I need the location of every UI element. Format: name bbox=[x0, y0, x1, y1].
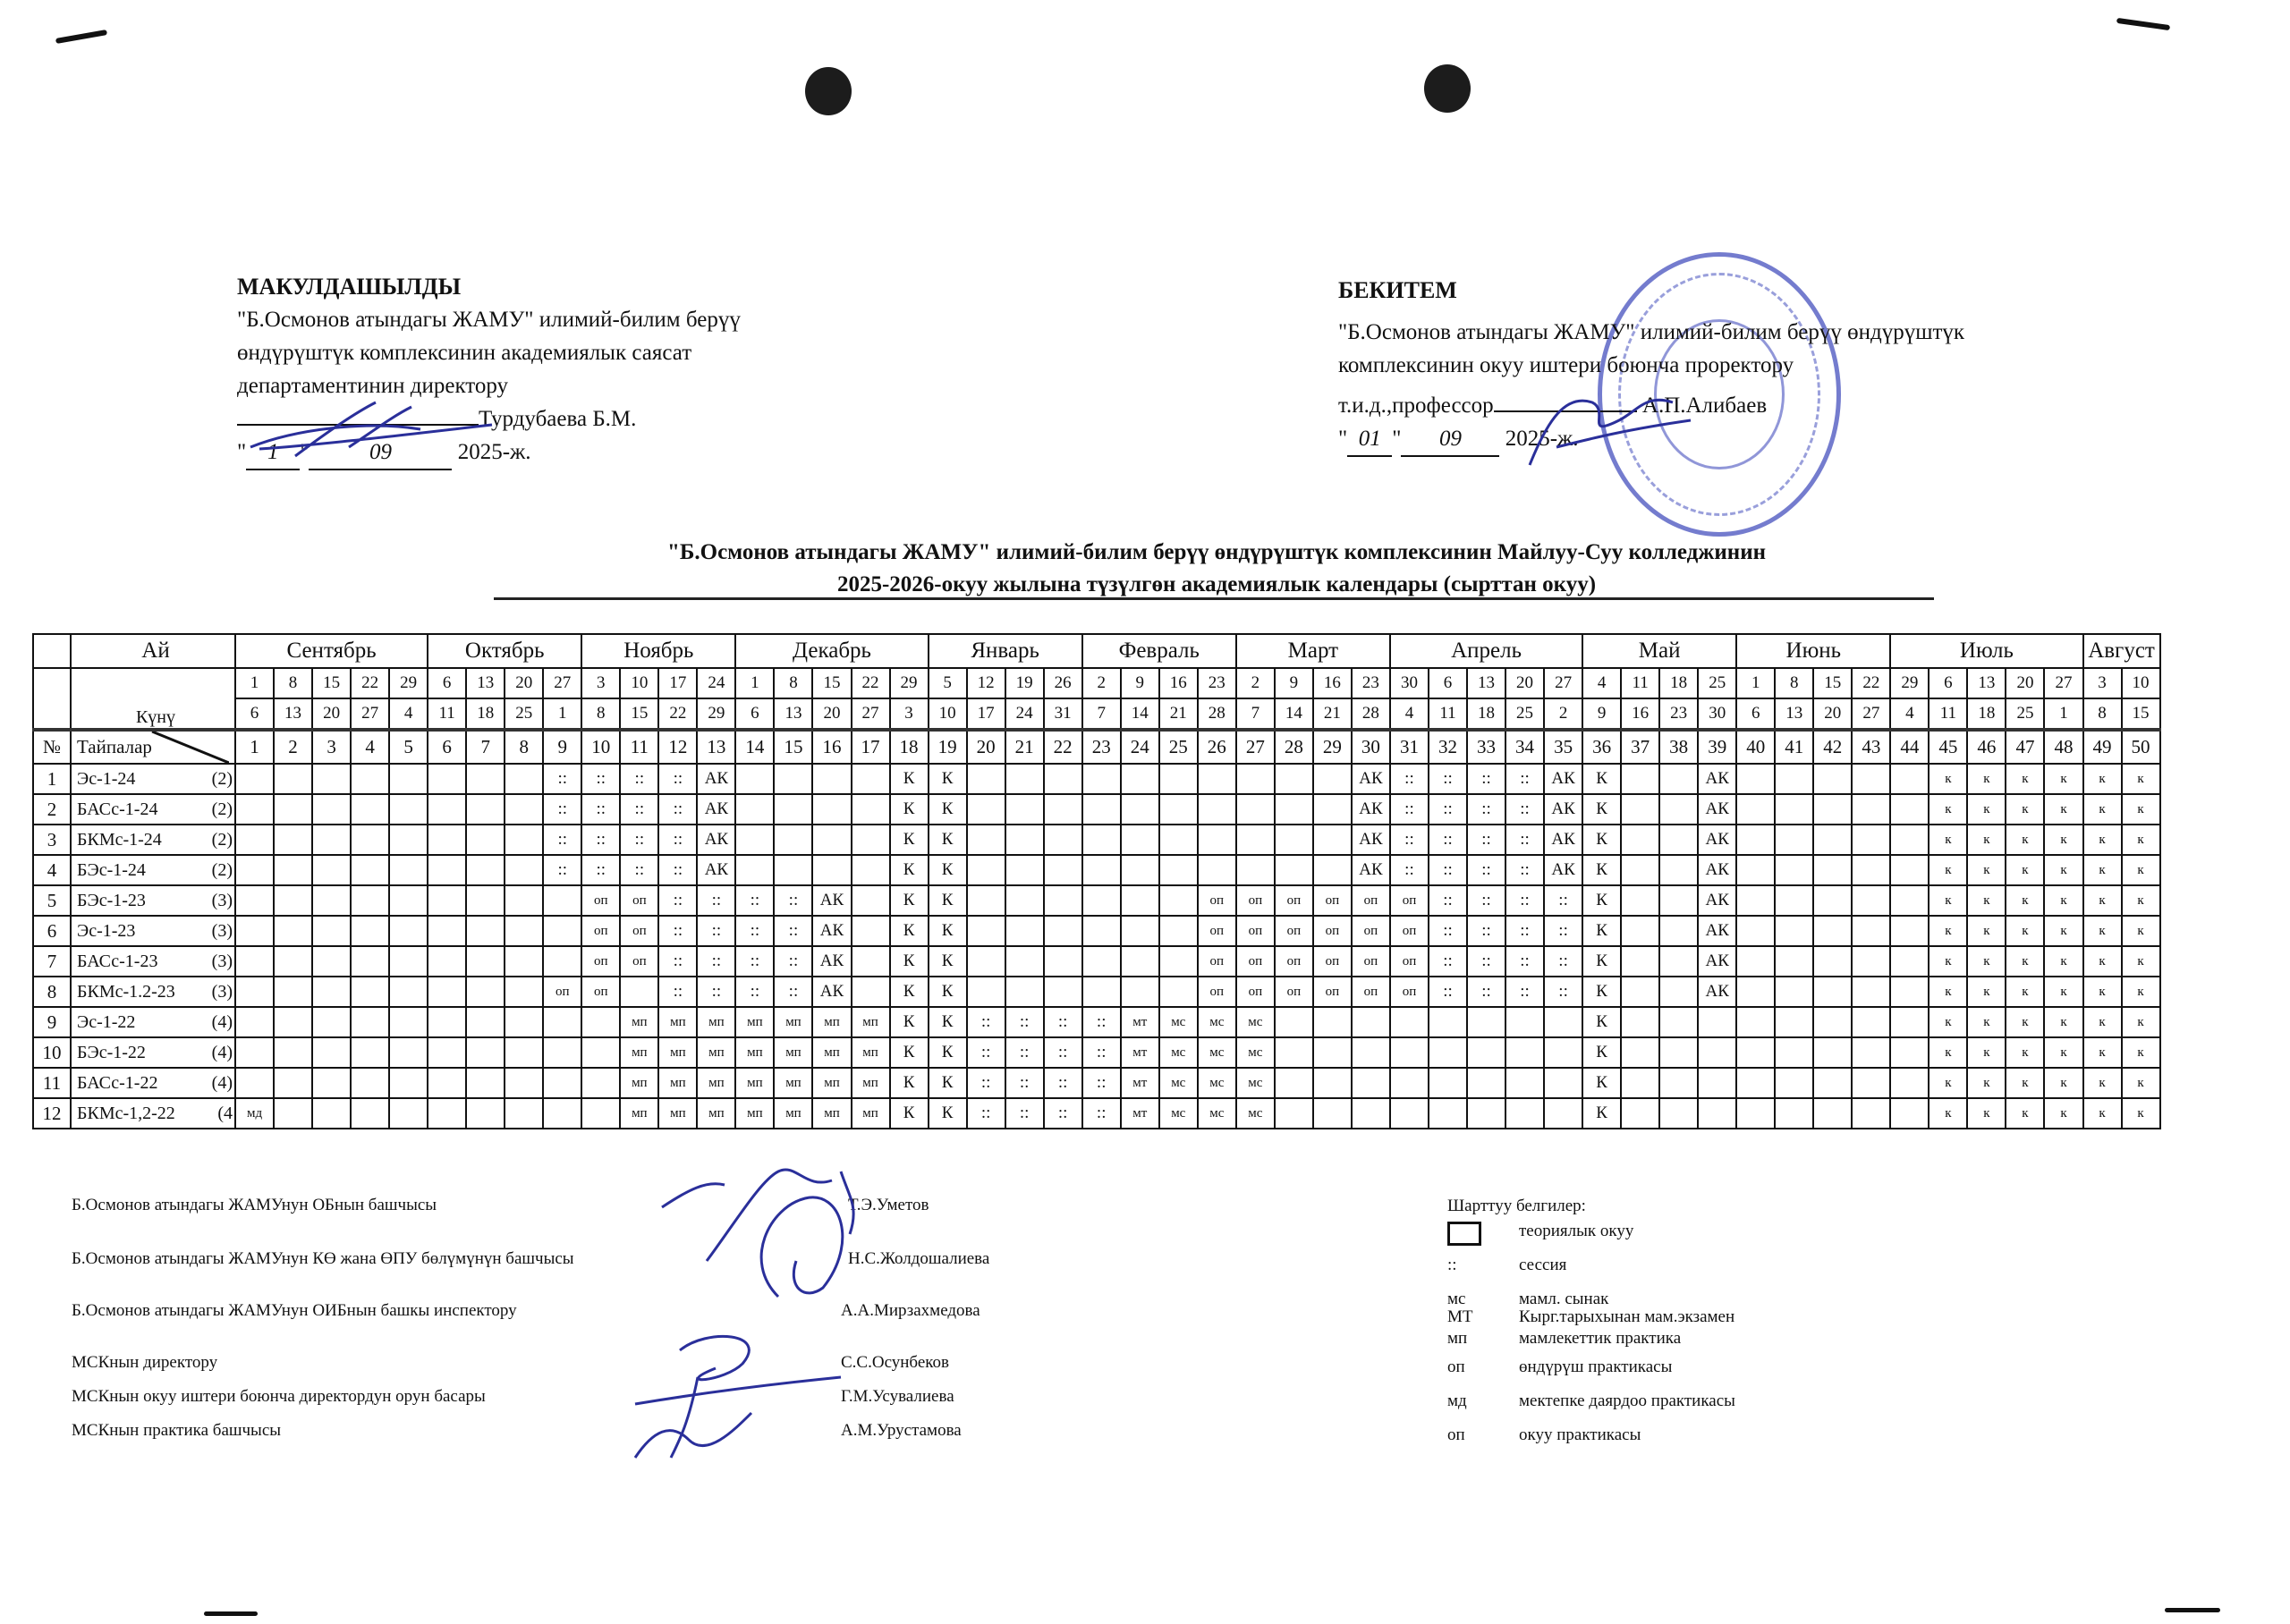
schedule-cell bbox=[1890, 946, 1929, 977]
schedule-cell bbox=[1082, 916, 1121, 946]
schedule-cell: :: bbox=[1544, 977, 1582, 1007]
week-number: 48 bbox=[2044, 730, 2082, 764]
schedule-cell bbox=[1852, 1037, 1890, 1068]
week-start-day: 5 bbox=[929, 668, 967, 698]
week-end-day: 28 bbox=[1352, 698, 1390, 730]
schedule-cell: оп bbox=[581, 946, 620, 977]
schedule-cell bbox=[1159, 794, 1198, 825]
schedule-cell: к bbox=[2006, 1007, 2044, 1037]
schedule-cell bbox=[1736, 1037, 1775, 1068]
week-end-day: 10 bbox=[929, 698, 967, 730]
schedule-cell: :: bbox=[735, 885, 774, 916]
schedule-cell bbox=[735, 855, 774, 885]
schedule-cell bbox=[466, 1098, 505, 1129]
schedule-cell: к bbox=[2122, 794, 2160, 825]
schedule-cell: к bbox=[2122, 1007, 2160, 1037]
signatory-name: Г.М.Усувалиева bbox=[841, 1388, 954, 1406]
schedule-cell bbox=[1659, 1068, 1698, 1098]
schedule-cell bbox=[774, 825, 812, 855]
group-name: БАСс-1-23 bbox=[77, 952, 157, 971]
schedule-cell bbox=[1659, 855, 1698, 885]
week-start-day: 9 bbox=[1275, 668, 1313, 698]
week-start-day: 22 bbox=[852, 668, 890, 698]
schedule-cell bbox=[1313, 794, 1352, 825]
schedule-cell bbox=[428, 1098, 466, 1129]
schedule-cell bbox=[351, 977, 389, 1007]
week-start-day: 29 bbox=[890, 668, 929, 698]
schedule-cell: :: bbox=[543, 764, 581, 794]
schedule-cell bbox=[1236, 825, 1275, 855]
schedule-cell bbox=[1621, 825, 1659, 855]
schedule-cell: оп bbox=[1275, 946, 1313, 977]
schedule-cell bbox=[274, 977, 312, 1007]
schedule-cell bbox=[1775, 977, 1813, 1007]
schedule-cell bbox=[1005, 825, 1044, 855]
week-start-day: 30 bbox=[1390, 668, 1429, 698]
schedule-cell: :: bbox=[735, 946, 774, 977]
schedule-cell bbox=[1429, 1037, 1467, 1068]
schedule-cell bbox=[812, 794, 851, 825]
schedule-cell: оп bbox=[1275, 885, 1313, 916]
schedule-cell: мс bbox=[1198, 1068, 1236, 1098]
schedule-cell: К bbox=[1582, 1037, 1621, 1068]
schedule-cell: К bbox=[890, 1037, 929, 1068]
week-start-day: 29 bbox=[1890, 668, 1929, 698]
schedule-cell bbox=[351, 1007, 389, 1037]
schedule-cell: К bbox=[890, 977, 929, 1007]
schedule-cell: :: bbox=[1429, 825, 1467, 855]
schedule-cell: :: bbox=[697, 885, 735, 916]
schedule-cell bbox=[1044, 794, 1082, 825]
schedule-cell bbox=[812, 764, 851, 794]
schedule-cell bbox=[466, 1037, 505, 1068]
week-end-day: 4 bbox=[1390, 698, 1429, 730]
schedule-cell bbox=[428, 885, 466, 916]
schedule-cell bbox=[274, 764, 312, 794]
week-number: 9 bbox=[543, 730, 581, 764]
week-start-day: 13 bbox=[1967, 668, 2006, 698]
schedule-cell bbox=[1813, 946, 1852, 977]
schedule-cell: мп bbox=[812, 1068, 851, 1098]
group-course: (3) bbox=[212, 921, 234, 942]
schedule-cell bbox=[1005, 977, 1044, 1007]
schedule-cell bbox=[466, 825, 505, 855]
schedule-cell bbox=[1813, 825, 1852, 855]
schedule-cell: К bbox=[1582, 794, 1621, 825]
week-number: 33 bbox=[1467, 730, 1505, 764]
week-number: 40 bbox=[1736, 730, 1775, 764]
group-name: Эс-1-24 bbox=[77, 769, 135, 789]
week-start-day: 25 bbox=[1698, 668, 1736, 698]
week-end-day: 8 bbox=[2083, 698, 2122, 730]
row-number: 7 bbox=[33, 946, 71, 977]
week-number: 14 bbox=[735, 730, 774, 764]
group-course: (2) bbox=[212, 830, 234, 850]
schedule-cell: К bbox=[929, 794, 967, 825]
schedule-cell bbox=[505, 825, 543, 855]
schedule-cell bbox=[581, 1068, 620, 1098]
schedule-cell: :: bbox=[620, 794, 658, 825]
week-start-day: 11 bbox=[1621, 668, 1659, 698]
schedule-cell bbox=[235, 946, 274, 977]
schedule-cell: к bbox=[2122, 855, 2160, 885]
schedule-cell: :: bbox=[1505, 885, 1544, 916]
schedule-cell: :: bbox=[581, 855, 620, 885]
schedule-cell bbox=[428, 1037, 466, 1068]
schedule-cell: :: bbox=[967, 1037, 1005, 1068]
schedule-cell: оп bbox=[1275, 916, 1313, 946]
group-course: (3) bbox=[212, 891, 234, 911]
schedule-cell: к bbox=[1929, 1098, 1967, 1129]
schedule-cell bbox=[1813, 916, 1852, 946]
group-name: Эс-1-23 bbox=[77, 921, 135, 941]
schedule-cell bbox=[1390, 1037, 1429, 1068]
schedule-cell: к bbox=[1967, 885, 2006, 916]
month-header: Февраль bbox=[1082, 634, 1236, 668]
schedule-cell bbox=[505, 977, 543, 1007]
schedule-cell bbox=[852, 946, 890, 977]
schedule-cell bbox=[235, 855, 274, 885]
schedule-cell: К bbox=[890, 1068, 929, 1098]
schedule-cell bbox=[505, 1007, 543, 1037]
row-number: 8 bbox=[33, 977, 71, 1007]
schedule-cell: к bbox=[1967, 1068, 2006, 1098]
schedule-cell bbox=[1429, 1007, 1467, 1037]
schedule-cell bbox=[466, 764, 505, 794]
month-header: Ноябрь bbox=[581, 634, 735, 668]
schedule-cell: :: bbox=[658, 977, 697, 1007]
schedule-cell: АК bbox=[1698, 885, 1736, 916]
schedule-cell bbox=[505, 1098, 543, 1129]
schedule-cell bbox=[1159, 764, 1198, 794]
schedule-cell bbox=[274, 885, 312, 916]
week-end-day: 29 bbox=[697, 698, 735, 730]
schedule-cell bbox=[274, 946, 312, 977]
schedule-cell bbox=[274, 1098, 312, 1129]
schedule-cell: мп bbox=[852, 1037, 890, 1068]
schedule-cell bbox=[1890, 825, 1929, 855]
schedule-cell bbox=[351, 794, 389, 825]
week-start-day: 13 bbox=[466, 668, 505, 698]
schedule-cell: :: bbox=[1467, 855, 1505, 885]
signatory-position: Б.Осмонов атындагы ЖАМУнун ОИБнын башкы … bbox=[72, 1302, 517, 1320]
week-start-day: 2 bbox=[1236, 668, 1275, 698]
schedule-cell: АК bbox=[1544, 825, 1582, 855]
schedule-cell bbox=[1121, 764, 1159, 794]
schedule-cell bbox=[312, 977, 351, 1007]
schedule-cell bbox=[312, 916, 351, 946]
schedule-cell: оп bbox=[1236, 977, 1275, 1007]
schedule-cell: :: bbox=[1390, 794, 1429, 825]
schedule-cell bbox=[1852, 1068, 1890, 1098]
week-number: 10 bbox=[581, 730, 620, 764]
schedule-cell: к bbox=[1929, 916, 1967, 946]
week-number: 18 bbox=[890, 730, 929, 764]
schedule-cell bbox=[1236, 794, 1275, 825]
schedule-cell: к bbox=[2083, 855, 2122, 885]
schedule-cell: мс bbox=[1198, 1007, 1236, 1037]
schedule-cell: АК bbox=[1698, 794, 1736, 825]
schedule-cell bbox=[1044, 916, 1082, 946]
schedule-cell bbox=[505, 1037, 543, 1068]
schedule-cell: мп bbox=[735, 1098, 774, 1129]
week-start-day: 29 bbox=[389, 668, 428, 698]
table-row: 11БАСс-1-22(4)мпмпмпмпмпмпмпКК::::::::мт… bbox=[33, 1068, 2160, 1098]
schedule-cell bbox=[1621, 794, 1659, 825]
schedule-cell bbox=[1005, 885, 1044, 916]
schedule-cell: :: bbox=[967, 1068, 1005, 1098]
schedule-cell bbox=[1736, 1007, 1775, 1037]
schedule-cell bbox=[505, 946, 543, 977]
month-header: Июль bbox=[1890, 634, 2082, 668]
schedule-cell bbox=[312, 855, 351, 885]
schedule-cell: АК bbox=[697, 855, 735, 885]
schedule-cell bbox=[1275, 1007, 1313, 1037]
week-number: 42 bbox=[1813, 730, 1852, 764]
schedule-cell: мп bbox=[697, 1037, 735, 1068]
schedule-cell: к bbox=[1967, 825, 2006, 855]
week-end-day: 14 bbox=[1275, 698, 1313, 730]
schedule-cell: :: bbox=[1044, 1037, 1082, 1068]
schedule-cell bbox=[1236, 855, 1275, 885]
week-number: 38 bbox=[1659, 730, 1698, 764]
schedule-cell bbox=[1659, 794, 1698, 825]
schedule-cell: :: bbox=[1390, 825, 1429, 855]
week-start-day: 9 bbox=[1121, 668, 1159, 698]
date-day: 01 bbox=[1347, 422, 1392, 457]
schedule-cell: :: bbox=[543, 794, 581, 825]
group-name: БКМс-1.2-23 bbox=[77, 982, 175, 1002]
schedule-cell bbox=[1659, 764, 1698, 794]
week-start-day: 16 bbox=[1159, 668, 1198, 698]
schedule-cell: К bbox=[1582, 946, 1621, 977]
schedule-cell bbox=[1505, 1068, 1544, 1098]
week-end-day: 27 bbox=[852, 698, 890, 730]
schedule-cell: К bbox=[929, 1098, 967, 1129]
schedule-cell bbox=[1621, 1098, 1659, 1129]
legend-item: опөндүрүш практикасы bbox=[1447, 1358, 1859, 1384]
week-end-day: 6 bbox=[735, 698, 774, 730]
schedule-cell: К bbox=[890, 764, 929, 794]
week-end-day: 21 bbox=[1313, 698, 1352, 730]
group-name-cell: БАСс-1-22(4) bbox=[71, 1068, 235, 1098]
schedule-cell: к bbox=[2122, 885, 2160, 916]
schedule-cell bbox=[1890, 1068, 1929, 1098]
group-course: (3) bbox=[212, 952, 234, 972]
schedule-cell: мп bbox=[697, 1068, 735, 1098]
group-course: (4) bbox=[212, 1012, 234, 1033]
schedule-cell bbox=[1852, 916, 1890, 946]
schedule-cell bbox=[1698, 1037, 1736, 1068]
schedule-cell bbox=[389, 1098, 428, 1129]
schedule-cell bbox=[543, 1098, 581, 1129]
schedule-cell bbox=[274, 794, 312, 825]
schedule-cell: К bbox=[1582, 916, 1621, 946]
legend-item: мдмектепке даярдоо практикасы bbox=[1447, 1391, 1859, 1418]
handwritten-signature bbox=[617, 1324, 850, 1467]
schedule-cell: :: bbox=[543, 855, 581, 885]
schedule-cell bbox=[812, 825, 851, 855]
week-end-day: 4 bbox=[1890, 698, 1929, 730]
schedule-cell bbox=[351, 825, 389, 855]
schedule-cell: оп bbox=[1390, 885, 1429, 916]
schedule-cell bbox=[1313, 825, 1352, 855]
schedule-cell bbox=[852, 794, 890, 825]
schedule-cell: оп bbox=[620, 946, 658, 977]
schedule-cell: АК bbox=[1698, 916, 1736, 946]
schedule-cell bbox=[1621, 1068, 1659, 1098]
schedule-cell bbox=[1275, 764, 1313, 794]
schedule-cell bbox=[1044, 764, 1082, 794]
schedule-cell bbox=[312, 946, 351, 977]
week-number: 44 bbox=[1890, 730, 1929, 764]
schedule-cell: к bbox=[1967, 946, 2006, 977]
schedule-cell bbox=[505, 885, 543, 916]
schedule-cell: :: bbox=[1044, 1068, 1082, 1098]
schedule-cell: оп bbox=[1236, 885, 1275, 916]
legend-label: теориялык окуу bbox=[1519, 1222, 1633, 1241]
schedule-cell: АК bbox=[1352, 764, 1390, 794]
schedule-cell bbox=[1852, 855, 1890, 885]
schedule-cell: мп bbox=[620, 1068, 658, 1098]
schedule-cell bbox=[274, 1068, 312, 1098]
schedule-cell: к bbox=[2006, 977, 2044, 1007]
schedule-cell: :: bbox=[1544, 946, 1582, 977]
schedule-cell: к bbox=[1929, 885, 1967, 916]
schedule-cell: К bbox=[929, 1037, 967, 1068]
schedule-cell bbox=[351, 855, 389, 885]
schedule-cell bbox=[1044, 825, 1082, 855]
schedule-cell: :: bbox=[620, 825, 658, 855]
schedule-cell bbox=[1621, 764, 1659, 794]
schedule-cell bbox=[466, 977, 505, 1007]
schedule-cell: К bbox=[1582, 977, 1621, 1007]
schedule-cell bbox=[1621, 916, 1659, 946]
schedule-cell: :: bbox=[774, 916, 812, 946]
schedule-cell bbox=[774, 764, 812, 794]
week-end-day: 18 bbox=[1967, 698, 2006, 730]
schedule-cell bbox=[466, 946, 505, 977]
schedule-cell: :: bbox=[1044, 1007, 1082, 1037]
week-number: 39 bbox=[1698, 730, 1736, 764]
schedule-cell bbox=[1736, 977, 1775, 1007]
legend-symbol: мп bbox=[1447, 1329, 1467, 1349]
schedule-cell bbox=[1621, 885, 1659, 916]
week-number: 46 bbox=[1967, 730, 2006, 764]
schedule-cell bbox=[235, 1037, 274, 1068]
month-header: Август bbox=[2083, 634, 2160, 668]
approval-right-line: "Б.Осмонов атындагы ЖАМУ" илимий-билим б… bbox=[1338, 316, 1964, 349]
schedule-cell: :: bbox=[1005, 1037, 1044, 1068]
schedule-cell bbox=[1275, 855, 1313, 885]
schedule-cell bbox=[852, 855, 890, 885]
schedule-cell: оп bbox=[581, 916, 620, 946]
schedule-cell bbox=[967, 825, 1005, 855]
week-number: 8 bbox=[505, 730, 543, 764]
legend-symbol: МТ bbox=[1447, 1307, 1473, 1327]
schedule-cell bbox=[235, 794, 274, 825]
schedule-cell bbox=[1813, 1098, 1852, 1129]
schedule-cell: К bbox=[890, 855, 929, 885]
week-start-day: 6 bbox=[1429, 668, 1467, 698]
schedule-cell bbox=[1044, 885, 1082, 916]
schedule-cell: АК bbox=[1698, 946, 1736, 977]
schedule-cell: мп bbox=[697, 1007, 735, 1037]
schedule-cell: к bbox=[1967, 855, 2006, 885]
schedule-cell bbox=[1159, 825, 1198, 855]
schedule-cell: мп bbox=[620, 1007, 658, 1037]
week-start-day: 1 bbox=[735, 668, 774, 698]
schedule-cell bbox=[1890, 764, 1929, 794]
schedule-cell bbox=[1005, 916, 1044, 946]
schedule-cell: мт bbox=[1121, 1007, 1159, 1037]
schedule-cell bbox=[1736, 1098, 1775, 1129]
group-name: Эс-1-22 bbox=[77, 1012, 135, 1032]
schedule-cell: к bbox=[2083, 1007, 2122, 1037]
schedule-cell bbox=[235, 977, 274, 1007]
schedule-cell bbox=[1736, 916, 1775, 946]
signatory-position: Б.Осмонов атындагы ЖАМУнун ОБнын башчысы bbox=[72, 1197, 437, 1214]
week-number: 25 bbox=[1159, 730, 1198, 764]
schedule-cell bbox=[1352, 1068, 1390, 1098]
schedule-cell bbox=[1890, 1007, 1929, 1037]
schedule-cell bbox=[235, 1068, 274, 1098]
schedule-cell bbox=[1313, 1037, 1352, 1068]
schedule-cell bbox=[1082, 885, 1121, 916]
schedule-cell: оп bbox=[1390, 977, 1429, 1007]
week-end-day: 3 bbox=[890, 698, 929, 730]
week-start-day: 16 bbox=[1313, 668, 1352, 698]
row-number: 3 bbox=[33, 825, 71, 855]
group-name: БАСс-1-22 bbox=[77, 1073, 157, 1093]
schedule-cell: К bbox=[1582, 764, 1621, 794]
schedule-cell: к bbox=[1967, 977, 2006, 1007]
schedule-cell: АК bbox=[812, 916, 851, 946]
schedule-cell bbox=[735, 764, 774, 794]
group-name-cell: Эс-1-22(4) bbox=[71, 1007, 235, 1037]
week-number: 23 bbox=[1082, 730, 1121, 764]
schedule-cell bbox=[1890, 794, 1929, 825]
week-number: 19 bbox=[929, 730, 967, 764]
schedule-cell: :: bbox=[1505, 977, 1544, 1007]
group-course: (2) bbox=[212, 769, 234, 790]
schedule-cell bbox=[1121, 825, 1159, 855]
week-end-day: 13 bbox=[774, 698, 812, 730]
schedule-cell: к bbox=[2044, 764, 2082, 794]
schedule-cell: :: bbox=[1005, 1068, 1044, 1098]
schedule-cell: к bbox=[2044, 1098, 2082, 1129]
schedule-cell bbox=[389, 764, 428, 794]
schedule-cell: АК bbox=[812, 946, 851, 977]
schedule-cell bbox=[505, 916, 543, 946]
schedule-cell: к bbox=[2006, 1068, 2044, 1098]
legend-item: теориялык окуу bbox=[1447, 1222, 1859, 1248]
schedule-cell bbox=[1198, 825, 1236, 855]
week-start-day: 26 bbox=[1044, 668, 1082, 698]
signatory-name: С.С.Осунбеков bbox=[841, 1354, 949, 1372]
schedule-cell bbox=[967, 764, 1005, 794]
schedule-cell: к bbox=[2083, 794, 2122, 825]
number-label: № bbox=[43, 736, 61, 757]
schedule-cell bbox=[1352, 1007, 1390, 1037]
week-end-day: 11 bbox=[428, 698, 466, 730]
table-row: 1Эс-1-24(2)::::::::АКККАК::::::::АККАКкк… bbox=[33, 764, 2160, 794]
schedule-cell: К bbox=[929, 977, 967, 1007]
schedule-cell: мп bbox=[620, 1037, 658, 1068]
row-number: 11 bbox=[33, 1068, 71, 1098]
week-number: 36 bbox=[1582, 730, 1621, 764]
schedule-cell: к bbox=[1929, 1007, 1967, 1037]
